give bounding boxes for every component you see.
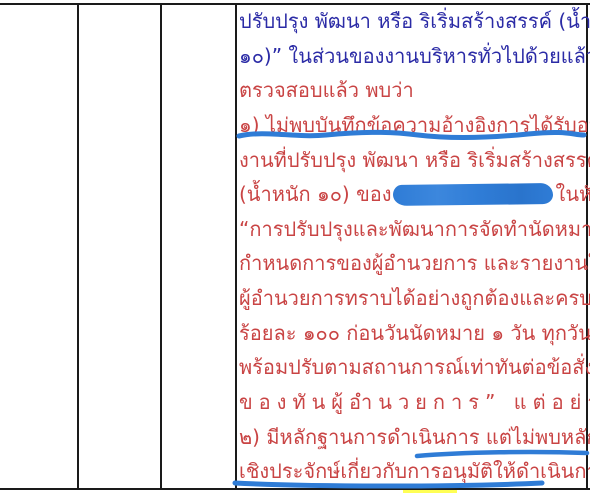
doc-line-underlined: ๑) ไม่พบบันทึกข้อความอ้างอิงการได้รับอนุ… bbox=[239, 108, 589, 143]
doc-line: ตรวจสอบแล้ว พบว่า bbox=[239, 73, 589, 108]
document-page: ปรับปรุง พัฒนา หรือ ริเริ่มสร้างสรรค์ (น… bbox=[0, 0, 590, 493]
doc-line: ๑๐)” ในส่วนของงานบริหารทั่วไปด้วยแล้ว bbox=[239, 39, 589, 74]
doc-line-underlined: ๒) มีหลักฐานการดำเนินการ แต่ไม่พบหลักฐาน bbox=[239, 420, 589, 455]
table-cell-text: ปรับปรุง พัฒนา หรือ ริเริ่มสร้างสรรค์ (น… bbox=[239, 4, 589, 489]
doc-line: “การปรับปรุงและพัฒนาการจัดทำนัดหมายและ bbox=[239, 212, 589, 247]
table-column-divider-1 bbox=[77, 3, 79, 489]
doc-line: ปรับปรุง พัฒนา หรือ ริเริ่มสร้างสรรค์ (น… bbox=[239, 4, 589, 39]
doc-line: ร้อยละ ๑๐๐ ก่อนวันนัดหมาย ๑ วัน ทุกวัน bbox=[239, 316, 589, 351]
doc-line: พร้อมปรับตามสถานการณ์เท่าทันต่อข้อสั่งกา… bbox=[239, 350, 589, 385]
doc-line-underlined: เชิงประจักษ์เกี่ยวกับการอนุมัติให้ดำเนิน… bbox=[239, 454, 589, 489]
doc-line: ของทันผู้อำนวยการ” แต่อย่างใด bbox=[239, 385, 589, 420]
doc-line: ผู้อำนวยการทราบได้อย่างถูกต้องและครบถ้วน bbox=[239, 281, 589, 316]
doc-line-text-after: ในหัวข้อ bbox=[556, 182, 590, 206]
doc-line: กำหนดการของผู้อำนวยการ และรายงานให้ bbox=[239, 246, 589, 281]
doc-line: งานที่ปรับปรุง พัฒนา หรือ ริเริ่มสร้างสร… bbox=[239, 143, 589, 178]
doc-line-text-before: (น้ำหนัก ๑๐) ของ bbox=[239, 182, 392, 206]
redaction-scribble bbox=[392, 183, 552, 206]
table-column-divider-3 bbox=[235, 3, 237, 489]
table-column-divider-2 bbox=[160, 3, 162, 489]
doc-line-with-redaction: (น้ำหนัก ๑๐) ของในหัวข้อ bbox=[239, 177, 589, 212]
